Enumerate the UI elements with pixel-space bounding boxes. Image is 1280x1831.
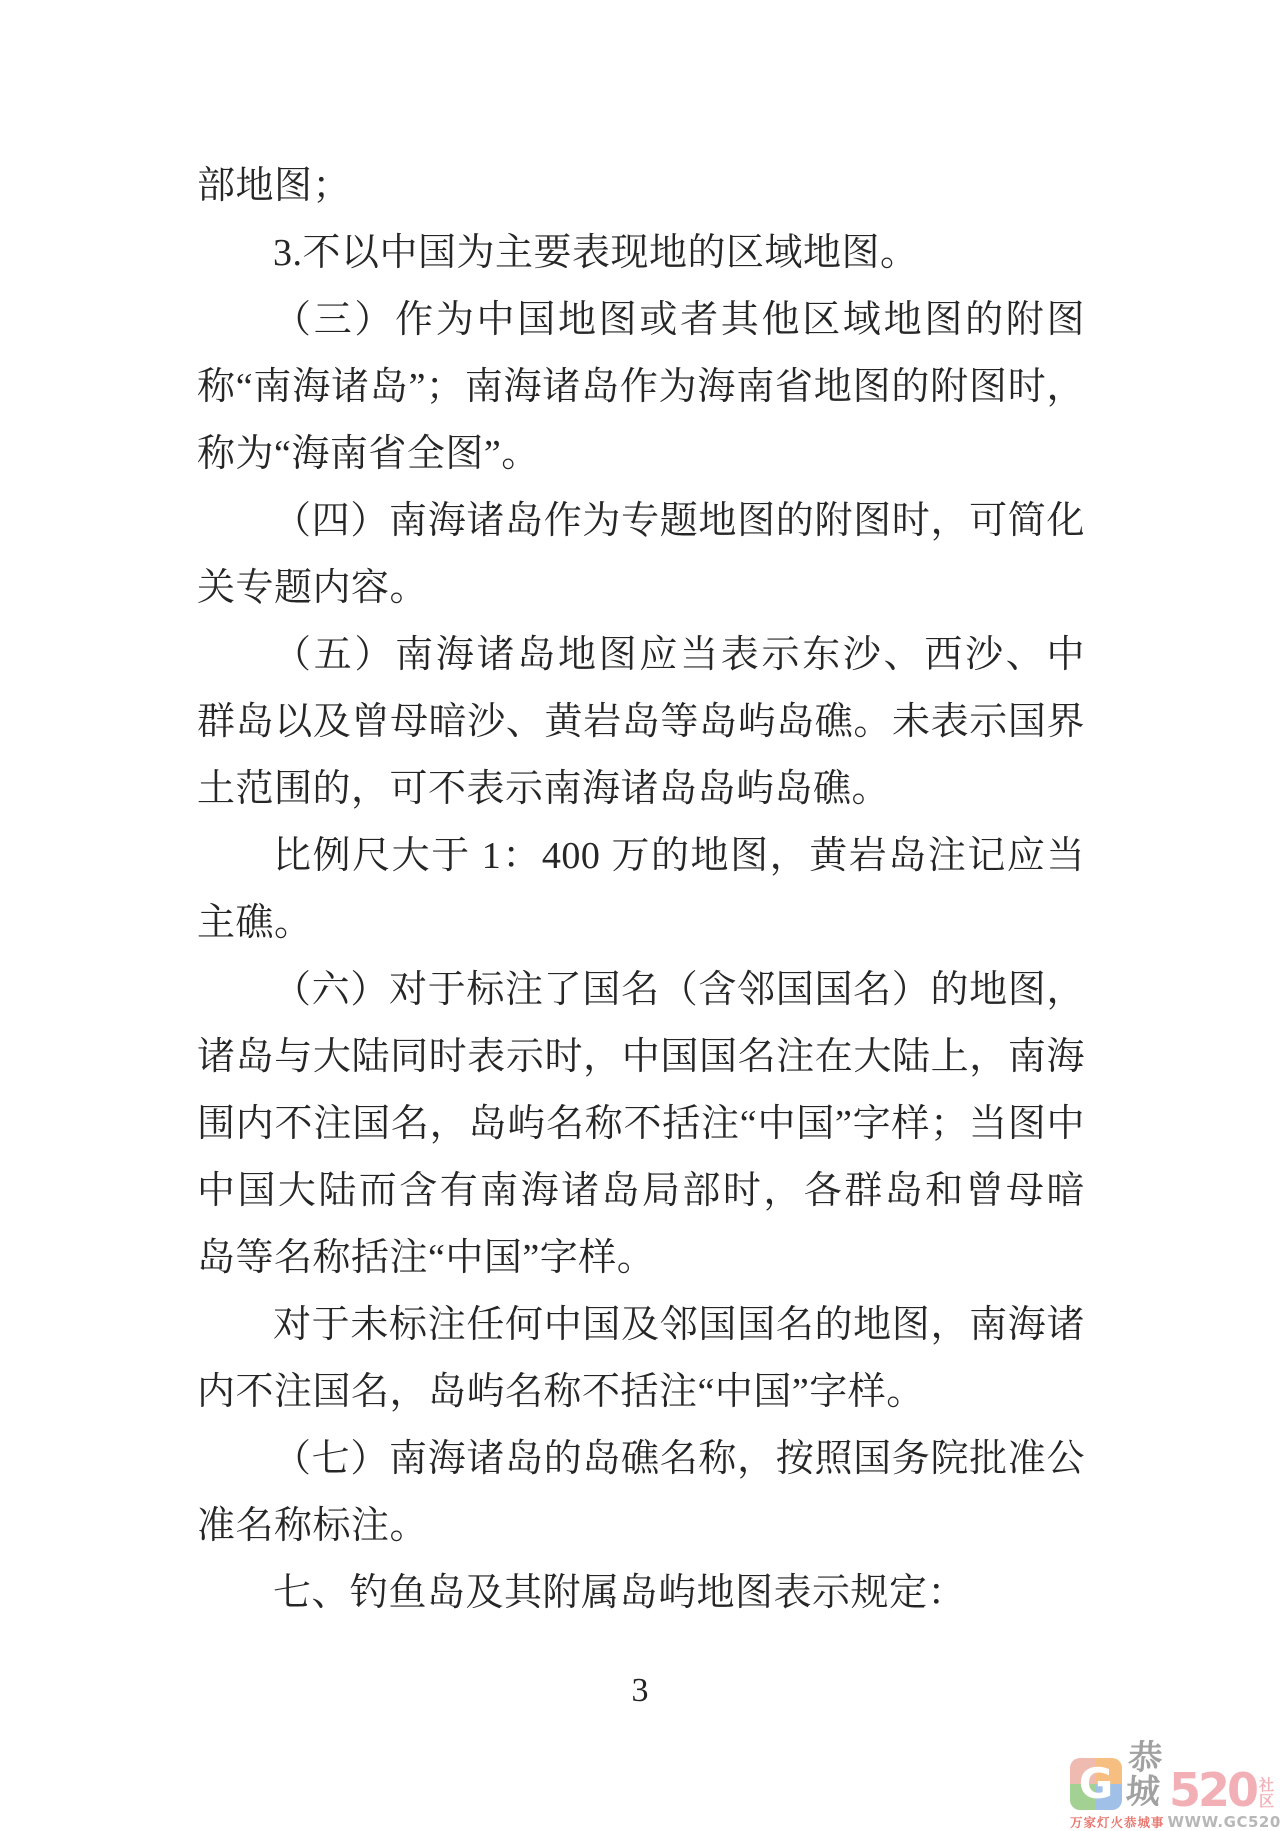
doc-line: （四）南海诸岛作为专题地图的附图时，可简化表示相	[197, 488, 1085, 555]
doc-line: 部地图；	[197, 153, 1085, 220]
brand-name: 恭城	[1125, 1742, 1170, 1810]
document-page: 部地图；3.不以中国为主要表现地的区域地图。（三）作为中国地图或者其他区域地图的…	[0, 0, 1280, 1810]
community-char: 区	[1259, 1794, 1274, 1810]
doc-line: 3.不以中国为主要表现地的区域地图。	[197, 220, 1085, 287]
doc-line: 土范围的，可不表示南海诸岛岛屿岛礁。	[197, 756, 1085, 823]
doc-line: 关专题内容。	[197, 555, 1085, 622]
doc-line: 比例尺大于 1：400 万的地图，黄岩岛注记应当括注民	[197, 823, 1085, 890]
doc-line: 中国大陆而含有南海诸岛局部时，各群岛和曾母暗沙、黄岩	[197, 1158, 1085, 1225]
doc-line: （三）作为中国地图或者其他区域地图的附图时，一律	[197, 287, 1085, 354]
doc-line: 围内不注国名，岛屿名称不括注“中国”字样；当图中未出现	[197, 1091, 1085, 1158]
document-body: 部地图；3.不以中国为主要表现地的区域地图。（三）作为中国地图或者其他区域地图的…	[197, 153, 1085, 1627]
doc-line: 主礁。	[197, 890, 1085, 957]
doc-line: 称为“海南省全图”。	[197, 421, 1085, 488]
logo-letter-g: G	[1070, 1758, 1122, 1810]
site-watermark: G 恭城 520 社区 万家灯火恭城事 WWW.GC520.CN	[1070, 1742, 1274, 1810]
gc520-logo-icon: G	[1070, 1758, 1122, 1810]
doc-line: 称“南海诸岛”；南海诸岛作为海南省地图的附图时，附图名	[197, 354, 1085, 421]
doc-line: 诸岛与大陆同时表示时，中国国名注在大陆上，南海诸岛范	[197, 1024, 1085, 1091]
doc-line: 内不注国名，岛屿名称不括注“中国”字样。	[197, 1359, 1085, 1426]
doc-line: 七、钓鱼岛及其附属岛屿地图表示规定：	[197, 1560, 1085, 1627]
doc-line: （六）对于标注了国名（含邻国国名）的地图，当南海	[197, 957, 1085, 1024]
watermark-brand-row: G 恭城 520 社区	[1070, 1742, 1274, 1810]
doc-line: 群岛以及曾母暗沙、黄岩岛等岛屿岛礁。未表示国界或者领	[197, 689, 1085, 756]
doc-line: 对于未标注任何中国及邻国国名的地图，南海诸岛范围	[197, 1292, 1085, 1359]
brand-number: 520	[1169, 1772, 1256, 1810]
page-number: 3	[0, 1672, 1280, 1710]
doc-line: （七）南海诸岛的岛礁名称，按照国务院批准公布的标	[197, 1426, 1085, 1493]
community-label: 社区	[1259, 1778, 1274, 1810]
doc-line: 岛等名称括注“中国”字样。	[197, 1225, 1085, 1292]
community-char: 社	[1259, 1778, 1274, 1794]
doc-line: （五）南海诸岛地图应当表示东沙、西沙、中沙、南沙	[197, 622, 1085, 689]
doc-line: 准名称标注。	[197, 1493, 1085, 1560]
